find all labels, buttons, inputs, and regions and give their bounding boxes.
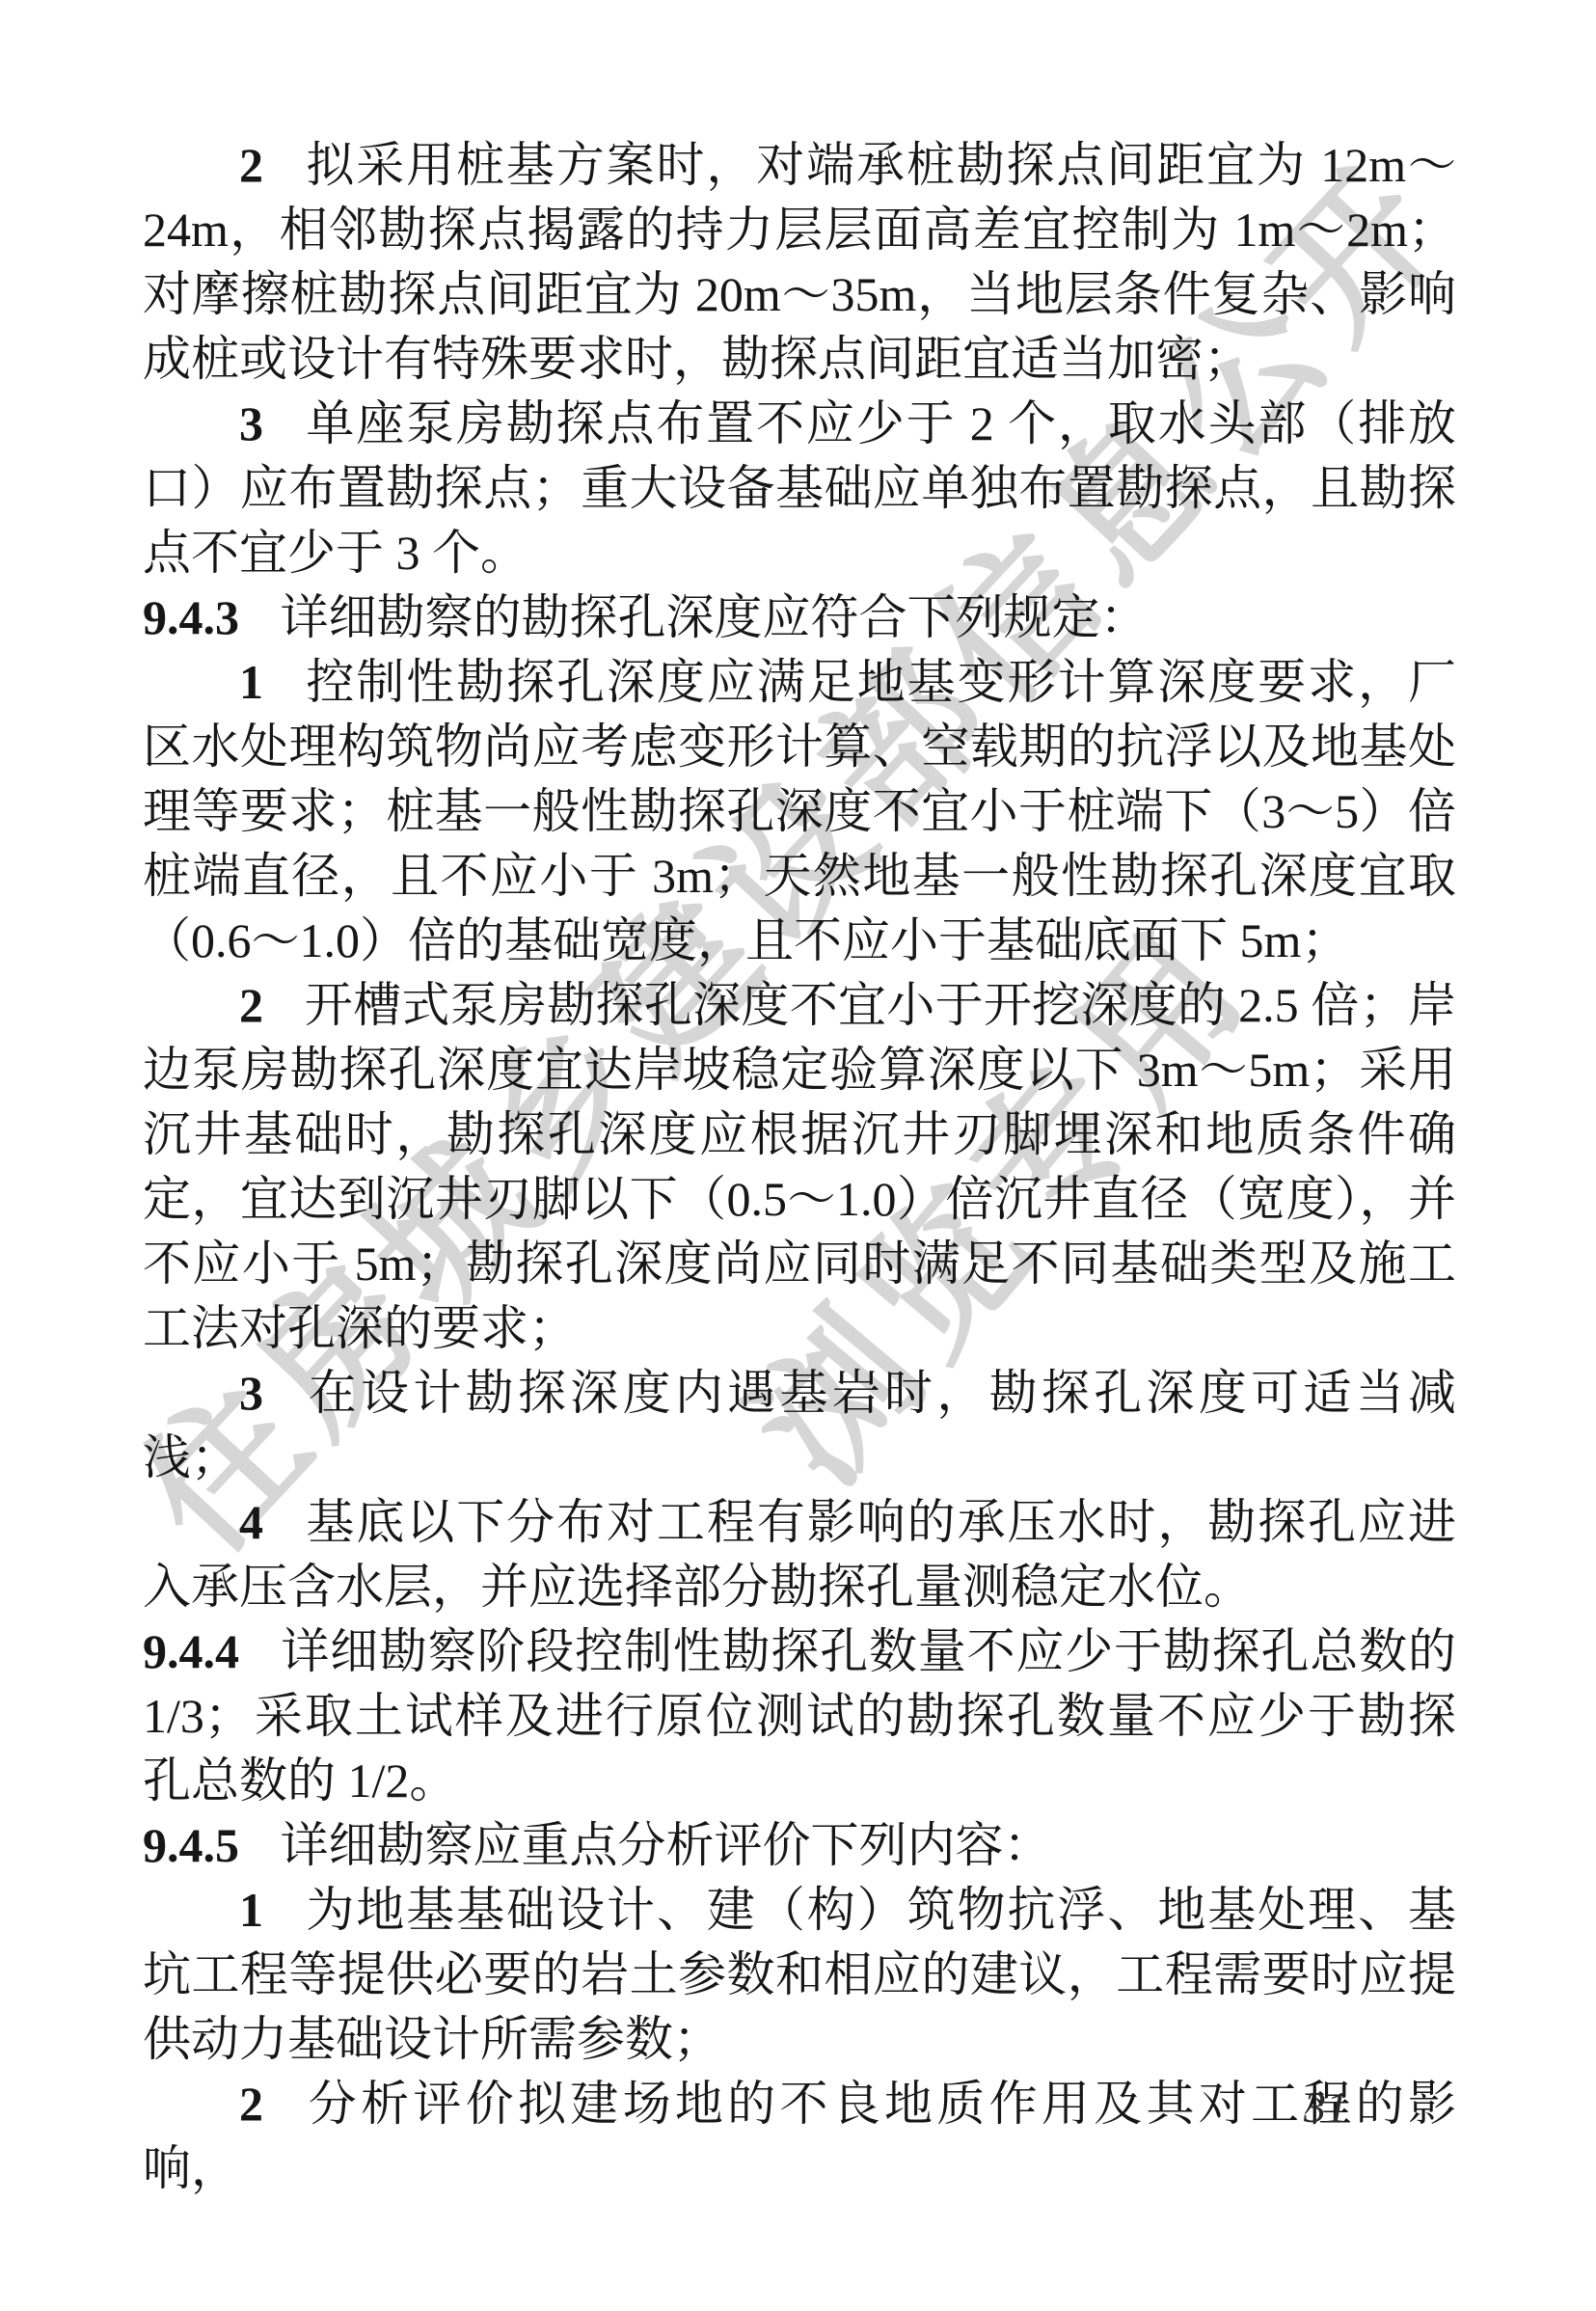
- clause-paragraph: 1为地基基础设计、建（构）筑物抗浮、地基处理、基坑工程等提供必要的岩土参数和相应…: [143, 1878, 1456, 2072]
- clause-paragraph: 2开槽式泵房勘探孔深度不宜小于开挖深度的 2.5 倍；岸边泵房勘探孔深度宜达岸坡…: [143, 973, 1456, 1361]
- section-paragraph: 9.4.4详细勘察阶段控制性勘探孔数量不应少于勘探孔总数的 1/3；采取土试样及…: [143, 1619, 1456, 1813]
- paragraph-number: 1: [239, 655, 263, 709]
- paragraph-text: 详细勘察的勘探孔深度应符合下列规定：: [281, 590, 1149, 644]
- paragraph-text: 分析评价拟建场地的不良地质作用及其对工程的影响，: [143, 2077, 1456, 2195]
- clause-paragraph: 2拟采用桩基方案时，对端承桩勘探点间距宜为 12m～24m，相邻勘探点揭露的持力…: [143, 133, 1456, 392]
- paragraph-number: 3: [239, 396, 263, 450]
- clause-paragraph: 2分析评价拟建场地的不良地质作用及其对工程的影响，: [143, 2072, 1456, 2201]
- paragraph-number: 3: [239, 1366, 263, 1420]
- paragraph-number: 2: [239, 2077, 263, 2131]
- paragraph-number: 4: [239, 1495, 263, 1549]
- paragraph-text: 开槽式泵房勘探孔深度不宜小于开挖深度的 2.5 倍；岸边泵房勘探孔深度宜达岸坡稳…: [143, 978, 1456, 1355]
- paragraph-text: 详细勘察应重点分析评价下列内容：: [281, 1818, 1052, 1872]
- paragraph-text: 为地基基础设计、建（构）筑物抗浮、地基处理、基坑工程等提供必要的岩土参数和相应的…: [143, 1883, 1456, 2066]
- paragraph-number: 2: [239, 978, 263, 1032]
- paragraph-text: 拟采用桩基方案时，对端承桩勘探点间距宜为 12m～24m，相邻勘探点揭露的持力层…: [143, 138, 1456, 386]
- document-body: 2拟采用桩基方案时，对端承桩勘探点间距宜为 12m～24m，相邻勘探点揭露的持力…: [143, 133, 1456, 2201]
- clause-paragraph: 3在设计勘探深度内遇基岩时，勘探孔深度可适当减浅；: [143, 1361, 1456, 1490]
- paragraph-number: 9.4.5: [143, 1818, 239, 1872]
- paragraph-text: 详细勘察阶段控制性勘探孔数量不应少于勘探孔总数的 1/3；采取土试样及进行原位测…: [143, 1624, 1456, 1808]
- paragraph-number: 2: [239, 138, 263, 192]
- page-number: 31: [1304, 2081, 1348, 2133]
- section-paragraph: 9.4.3详细勘察的勘探孔深度应符合下列规定：: [143, 585, 1456, 650]
- clause-paragraph: 4基底以下分布对工程有影响的承压水时，勘探孔应进入承压含水层，并应选择部分勘探孔…: [143, 1490, 1456, 1619]
- paragraph-number: 9.4.4: [143, 1624, 239, 1678]
- paragraph-text: 单座泵房勘探点布置不应少于 2 个，取水头部（排放口）应布置勘探点；重大设备基础…: [143, 396, 1456, 580]
- paragraph-number: 1: [239, 1883, 263, 1937]
- clause-paragraph: 3单座泵房勘探点布置不应少于 2 个，取水头部（排放口）应布置勘探点；重大设备基…: [143, 392, 1456, 585]
- clause-paragraph: 1控制性勘探孔深度应满足地基变形计算深度要求，厂区水处理构筑物尚应考虑变形计算、…: [143, 650, 1456, 973]
- document-page: 住房城乡建设部信息公开 浏览专用 2拟采用桩基方案时，对端承桩勘探点间距宜为 1…: [0, 0, 1596, 2311]
- paragraph-number: 9.4.3: [143, 590, 239, 644]
- paragraph-text: 在设计勘探深度内遇基岩时，勘探孔深度可适当减浅；: [143, 1366, 1456, 1484]
- paragraph-text: 控制性勘探孔深度应满足地基变形计算深度要求，厂区水处理构筑物尚应考虑变形计算、空…: [143, 655, 1456, 967]
- paragraph-text: 基底以下分布对工程有影响的承压水时，勘探孔应进入承压含水层，并应选择部分勘探孔量…: [143, 1495, 1456, 1614]
- section-paragraph: 9.4.5详细勘察应重点分析评价下列内容：: [143, 1813, 1456, 1878]
